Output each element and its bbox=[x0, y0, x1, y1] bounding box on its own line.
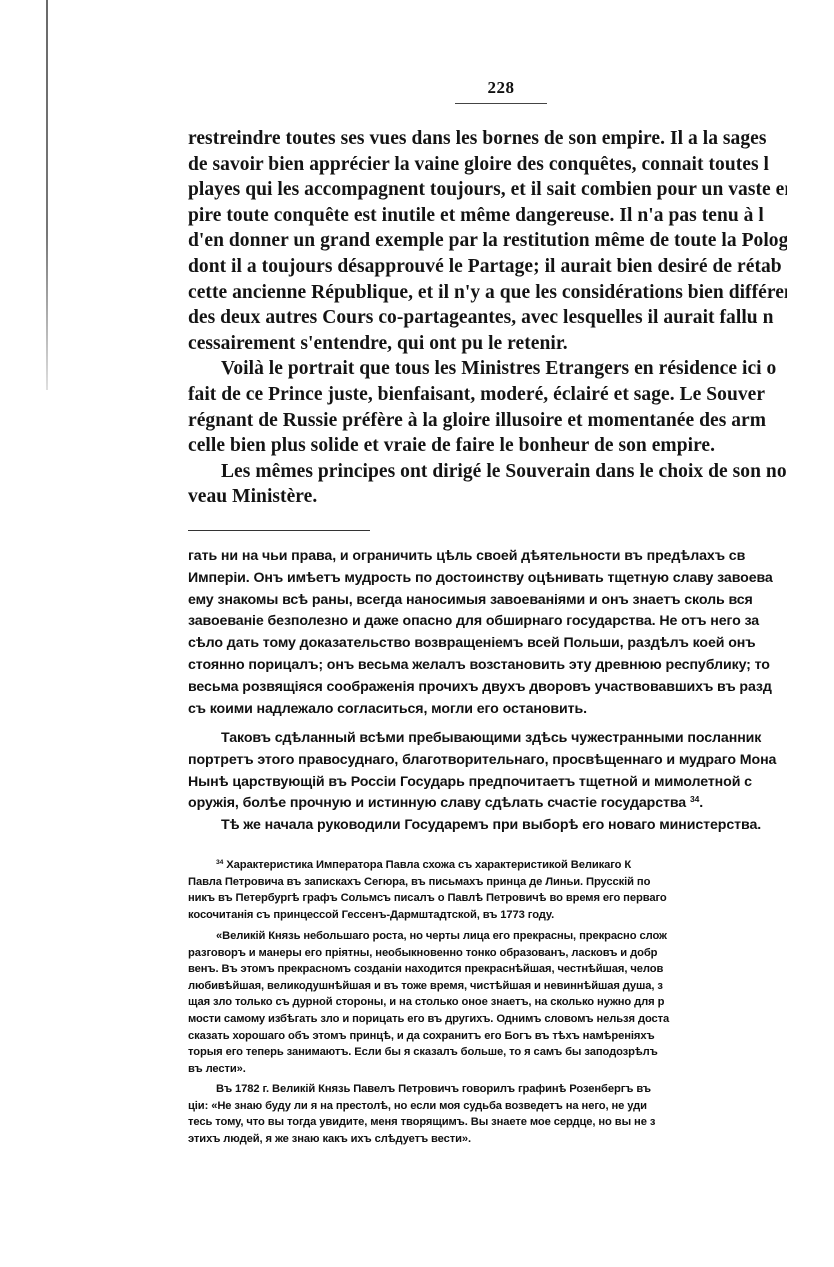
footnote-34-paragraph-2: «Великій Князь небольшаго роста, но черт… bbox=[188, 928, 787, 1077]
text-line: d'en donner un grand exemple par la rest… bbox=[188, 228, 787, 254]
text-line: fait de ce Prince juste, bienfaisant, mo… bbox=[188, 382, 787, 408]
footnote-line: щая зло только съ дурной стороны, и на с… bbox=[188, 994, 787, 1011]
text-line: ему знакомы всѣ раны, всегда наносимыя з… bbox=[188, 590, 787, 612]
footnote-line: сказать хорошаго объ этомъ принцѣ, и да … bbox=[188, 1028, 787, 1045]
text-span: оружія, болѣе прочную и истинную славу с… bbox=[188, 795, 686, 811]
footnote-line: торыя его теперь занимаютъ. Если бы я ск… bbox=[188, 1044, 787, 1061]
text-line: Таковъ сдѣланный всѣми пребывающими здѣс… bbox=[188, 728, 787, 750]
text-line: des deux autres Cours co-partageantes, a… bbox=[188, 305, 787, 331]
page-number: 228 bbox=[456, 78, 546, 98]
text-line: сѣло дать тому доказательство возвращені… bbox=[188, 633, 787, 655]
footnote-line: разговоръ и манеры его пріятны, необыкно… bbox=[188, 945, 787, 962]
translation-separator-rule bbox=[188, 530, 370, 531]
russian-translation-paragraph-2: Таковъ сдѣланный всѣми пребывающими здѣс… bbox=[188, 728, 787, 837]
footnote-marker: 34 bbox=[216, 859, 223, 866]
text-line: dont il a toujours désapprouvé le Partag… bbox=[188, 254, 787, 280]
text-span: Характеристика Императора Павла схожа съ… bbox=[226, 859, 631, 871]
french-main-text: restreindre toutes ses vues dans les bor… bbox=[188, 126, 787, 510]
text-line: pire toute conquête est inutile et même … bbox=[188, 203, 787, 229]
text-line: съ коими надлежало согласиться, могли ег… bbox=[188, 699, 787, 721]
text-line: cette ancienne République, et il n'y a q… bbox=[188, 280, 787, 306]
footnote-line: этихъ людей, я же знаю какъ ихъ слѣдуетъ… bbox=[188, 1131, 787, 1148]
text-line: régnant de Russie préfère à la gloire il… bbox=[188, 408, 787, 434]
text-line: весьма розвящіяся соображенія прочихъ дв… bbox=[188, 677, 787, 699]
text-line-with-footnote-ref: оружія, болѣе прочную и истинную славу с… bbox=[188, 793, 787, 815]
text-line: Нынѣ царствующій въ Россіи Государь пред… bbox=[188, 772, 787, 794]
footnote-line: венъ. Въ этомъ прекрасномъ созданіи нахо… bbox=[188, 961, 787, 978]
footnote-line: въ лести». bbox=[188, 1061, 787, 1078]
binding-margin-rule bbox=[46, 0, 48, 390]
footnote-line: «Великій Князь небольшаго роста, но черт… bbox=[188, 928, 787, 945]
text-line: cessairement s'entendre, qui ont pu le r… bbox=[188, 331, 787, 357]
text-line: restreindre toutes ses vues dans les bor… bbox=[188, 126, 787, 152]
footnote-line: Павла Петровича въ запискахъ Сегюра, въ … bbox=[188, 874, 787, 891]
footnote-line: ціи: «Не знаю буду ли я на престолѣ, но … bbox=[188, 1098, 787, 1115]
footnote-line: Въ 1782 г. Великій Князь Павелъ Петрович… bbox=[188, 1081, 787, 1098]
footnote-line: 34 Характеристика Императора Павла схожа… bbox=[188, 857, 787, 874]
text-line: celle bien plus solide et vraie de faire… bbox=[188, 433, 787, 459]
text-line: стоянно порицалъ; онъ весьма желалъ возс… bbox=[188, 655, 787, 677]
footnote-line: любивѣйшая, великодушнѣйшая и въ тоже вр… bbox=[188, 978, 787, 995]
footnote-reference[interactable]: 34 bbox=[690, 794, 699, 804]
text-line: Voilà le portrait que tous les Ministres… bbox=[188, 356, 787, 382]
text-line: de savoir bien apprécier la vaine gloire… bbox=[188, 152, 787, 178]
footnote-line: косочитанія съ принцессой Гессенъ-Дармшт… bbox=[188, 907, 787, 924]
page-number-underline bbox=[455, 103, 547, 104]
text-line: Les mêmes principes ont dirigé le Souver… bbox=[188, 459, 787, 485]
text-line: Тѣ же начала руководили Государемъ при в… bbox=[188, 815, 787, 837]
text-line: гать ни на чьи права, и ограничить цѣль … bbox=[188, 546, 787, 568]
footnote-line: тесь тому, что вы тогда увидите, меня тв… bbox=[188, 1114, 787, 1131]
footnote-line: мости самому избѣгать зло и порицать его… bbox=[188, 1011, 787, 1028]
russian-translation-paragraph-1: гать ни на чьи права, и ограничить цѣль … bbox=[188, 546, 787, 720]
footnote-34-paragraph-1: 34 Характеристика Императора Павла схожа… bbox=[188, 857, 787, 923]
text-line: завоеваніе безполезно и даже опасно для … bbox=[188, 611, 787, 633]
text-line: veau Ministère. bbox=[188, 484, 787, 510]
footnote-line: никъ въ Петербургѣ графъ Сольмсъ писалъ … bbox=[188, 890, 787, 907]
text-line: Имперіи. Онъ имѣетъ мудрость по достоинс… bbox=[188, 568, 787, 590]
text-line: портретъ этого правосуднаго, благотворит… bbox=[188, 750, 787, 772]
text-line: playes qui les accompagnent toujours, et… bbox=[188, 177, 787, 203]
footnote-34-paragraph-3: Въ 1782 г. Великій Князь Павелъ Петрович… bbox=[188, 1081, 787, 1147]
